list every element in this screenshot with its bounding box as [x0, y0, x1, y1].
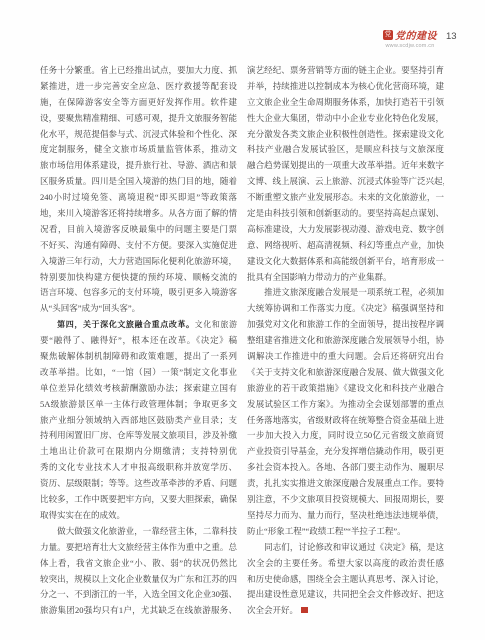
- text-line: 取得实实在在的成效。: [40, 508, 237, 524]
- text-column-right: 演艺经纪、票务营销等方面的链主企业。要坚持引育并举，持续推进以控制成本为核心优化…: [247, 63, 444, 619]
- text-line: 提出建设性意见建议，共同把全会文件修改好、把这: [247, 587, 444, 603]
- text-line: 体上看，我省文旅企业“小、散、弱”的状况仍然比: [40, 556, 237, 572]
- text-line: 同志们，讨论修改和审议通过《决定》稿，是这: [247, 540, 444, 556]
- article-body: 任务十分繁重。省上已经推出试点，要加大力度、抓紧推进，进一步完善安全应急、医疗救…: [40, 63, 444, 619]
- text-line: 单位差异化绩效考核薪酬激励办法；探索建立国有: [40, 381, 237, 397]
- text-line: 任务十分繁重。省上已经推出试点，要加大力度、抓: [40, 63, 237, 79]
- text-line: 定是由科技引领和创新驱动的。要坚持高起点谋划、: [247, 206, 444, 222]
- text-line: 《关于支持文化和旅游深度融合发展、做大做强文化: [247, 365, 444, 381]
- text-line: 文博、线上展演、云上旅游、沉浸式体验等广泛兴起，: [247, 174, 444, 190]
- text-line: 不断重塑文旅产业发展形态。未来的文化旅游业，一: [247, 190, 444, 206]
- article-end-mark: [301, 607, 308, 614]
- text-line: 从“头回客”成为“回头客”。: [40, 301, 237, 317]
- text-line: 分之一、不到浙江的一半，入选全国文化企业30强、: [40, 587, 237, 603]
- text-line: 设，要聚焦精准精细、可感可观，提升文旅服务智能: [40, 111, 237, 127]
- text-line: 建设文化大数据体系和高能级创新平台，培育形成一: [247, 254, 444, 270]
- text-line: 产业投资引导基金，充分发挥增信撬动作用，吸引更: [247, 444, 444, 460]
- text-line: 任务落地落实，省级财政将在统筹整合资金基础上进: [247, 413, 444, 429]
- text-line: 力量。要把培育壮大文旅经营主体作为重中之重。总: [40, 540, 237, 556]
- section-heading: 第四，关于深化文旅融合重点改革。: [40, 320, 195, 329]
- text-line: 坚持尽力而为、量力而行，坚决杜绝违法违规举债，: [247, 508, 444, 524]
- text-line: 度定制服务，健全文旅市场质量监管体系，推动文: [40, 142, 237, 158]
- text-line: 改革举措。比如，“一馆（园）一策”制定文化事业: [40, 365, 237, 381]
- text-line: 较突出，规模以上文化企业数量仅为广东和江苏的四: [40, 572, 237, 588]
- text-line: 聚焦破解体制机制障碍和政策难题，提出了一系列: [40, 349, 237, 365]
- text-line: 次全会的主要任务。希望大家以高度的政治责任感: [247, 556, 444, 572]
- text-line: 调解决工作推进中的重大问题。会后还将研究出台: [247, 349, 444, 365]
- page-number: 13: [446, 31, 457, 42]
- text-line: 科技产业融合发展试验区，是顺应科技与文旅深度: [247, 142, 444, 158]
- journal-logo: 党 党的建设 www.scdjw.com.cn: [383, 27, 437, 49]
- text-column-left: 任务十分繁重。省上已经推出试点，要加大力度、抓紧推进，进一步完善安全应急、医疗救…: [40, 63, 237, 619]
- text-line: 意、网络视听、超高清视频、科幻等重点产业，加快: [247, 238, 444, 254]
- text-line: 旅产业细分领域纳入西部地区鼓励类产业目录；支: [40, 413, 237, 429]
- text-line: 入境游三年行动，大力营造国际化便利化旅游环境，: [40, 254, 237, 270]
- text-line: 不好买、沟通有障碍、支付不方便。要深入实施促进: [40, 238, 237, 254]
- journal-website-url: www.scdjw.com.cn: [385, 43, 434, 49]
- text-line: 加强党对文化和旅游工作的全面领导，提出按程序调: [247, 317, 444, 333]
- text-line: 批具有全国影响力带动力的产业集群。: [247, 270, 444, 286]
- text-line: 语言环境、包容多元的支付环境，吸引更多入境游客: [40, 285, 237, 301]
- text-line: 做大做强文化旅游业，一靠经营主体，二靠科技: [40, 524, 237, 540]
- text-line: 特别要加快构建方便快捷的预约环境、顺畅交流的: [40, 270, 237, 286]
- text-line: 旅市场信用体系建设，提升旅行社、导游、酒店和景: [40, 158, 237, 174]
- text-line: 性大企业大集团，带动中小企业专业化特色化发展，: [247, 111, 444, 127]
- text-line: 高标准建设，大力发展影视动漫、游戏电竞、数字创: [247, 222, 444, 238]
- text-line: 发展试验区工作方案》。为推动全会谋划部署的重点: [247, 397, 444, 413]
- magazine-page: 党 党的建设 www.scdjw.com.cn 13 任务十分繁重。省上已经推出…: [0, 0, 485, 640]
- text-line: 比较多，工作中既要把牢方向，又要大胆探索，确保: [40, 492, 237, 508]
- text-line: 施，在保障游客安全等方面更好发挥作用。软件建: [40, 95, 237, 111]
- text-line: 况看，目前入境游客反映最集中的问题主要是门票: [40, 222, 237, 238]
- text-line: 多社会资本投入。各地、各部门要主动作为、履职尽: [247, 460, 444, 476]
- text-line: 一步加大投入力度，同时设立50亿元省级文旅商贸: [247, 428, 444, 444]
- text-line: 地，来川入境游客还将持续增多。从各方面了解的情: [40, 206, 237, 222]
- text-line: 持利用闲置旧厂房、仓库等发展文旅项目，涉及补缴: [40, 428, 237, 444]
- text-line: 旅游集团20强均只有1户，尤其缺乏在线旅游服务、: [40, 603, 237, 619]
- text-line: 旅游业的若干政策措施》《建设文化和科技产业融合: [247, 381, 444, 397]
- text-line: 立文旅企业全生命周期服务体系，加快打造若干引领: [247, 95, 444, 111]
- text-line: 资历、层级限制；等等。这些改革牵涉的矛盾、问题: [40, 476, 237, 492]
- text-line: 紧推进，进一步完善安全应急、医疗救援等配套设: [40, 79, 237, 95]
- text-line: 土地出让价款可在限期内分期缴清；支持特别优: [40, 444, 237, 460]
- text-line: 演艺经纪、票务营销等方面的链主企业。要坚持引育: [247, 63, 444, 79]
- text-line: 并举，持续推进以控制成本为核心优化营商环境，建: [247, 79, 444, 95]
- text-line: 5A级旅游景区单一主体行政管理体制；争取更多文: [40, 397, 237, 413]
- text-line: 区服务质量。四川是全国入境游的热门目的地，随着: [40, 174, 237, 190]
- text-line: 240小时过境免签、离境退税“即买即退”等政策落: [40, 190, 237, 206]
- text-line: 和历史使命感，围绕全会主题认真思考、深入讨论，: [247, 572, 444, 588]
- text-line: 第四，关于深化文旅融合重点改革。文化和旅游: [40, 317, 237, 333]
- text-line: 防止“形象工程”“政绩工程”“半拉子工程”。: [247, 524, 444, 540]
- text-line: 别注意，不少文旅项目投资规模大、回报周期长，要: [247, 492, 444, 508]
- masthead: 党 党的建设 www.scdjw.com.cn 13: [383, 27, 457, 49]
- text-line: 要“融得了、融得好”，根本还在改革。《决定》稿: [40, 333, 237, 349]
- text-line: 责，扎扎实实推进文旅深度融合发展重点工作。要特: [247, 476, 444, 492]
- text-line: 次全会开好。: [247, 603, 444, 619]
- text-line: 大统筹协调和工作落实力度。《决定》稿强调坚持和: [247, 301, 444, 317]
- text-line: 整组建省推进文化和旅游深度融合发展领导小组，协: [247, 333, 444, 349]
- text-line: 秀的文化专业技术人才申报高级职称并放宽学历、: [40, 460, 237, 476]
- text-line: 化水平，规范提倡参与式、沉浸式体验和个性化、深: [40, 127, 237, 143]
- journal-brand-text: 党的建设: [395, 27, 437, 42]
- text-line: 充分激发各类文旅企业积极性创造性。探索建设文化: [247, 127, 444, 143]
- seal-icon: 党: [383, 30, 393, 40]
- text-line: 推进文旅深度融合发展是一项系统工程，必须加: [247, 285, 444, 301]
- text-line: 融合趋势谋划提出的一项重大改革举措。近年来数字: [247, 158, 444, 174]
